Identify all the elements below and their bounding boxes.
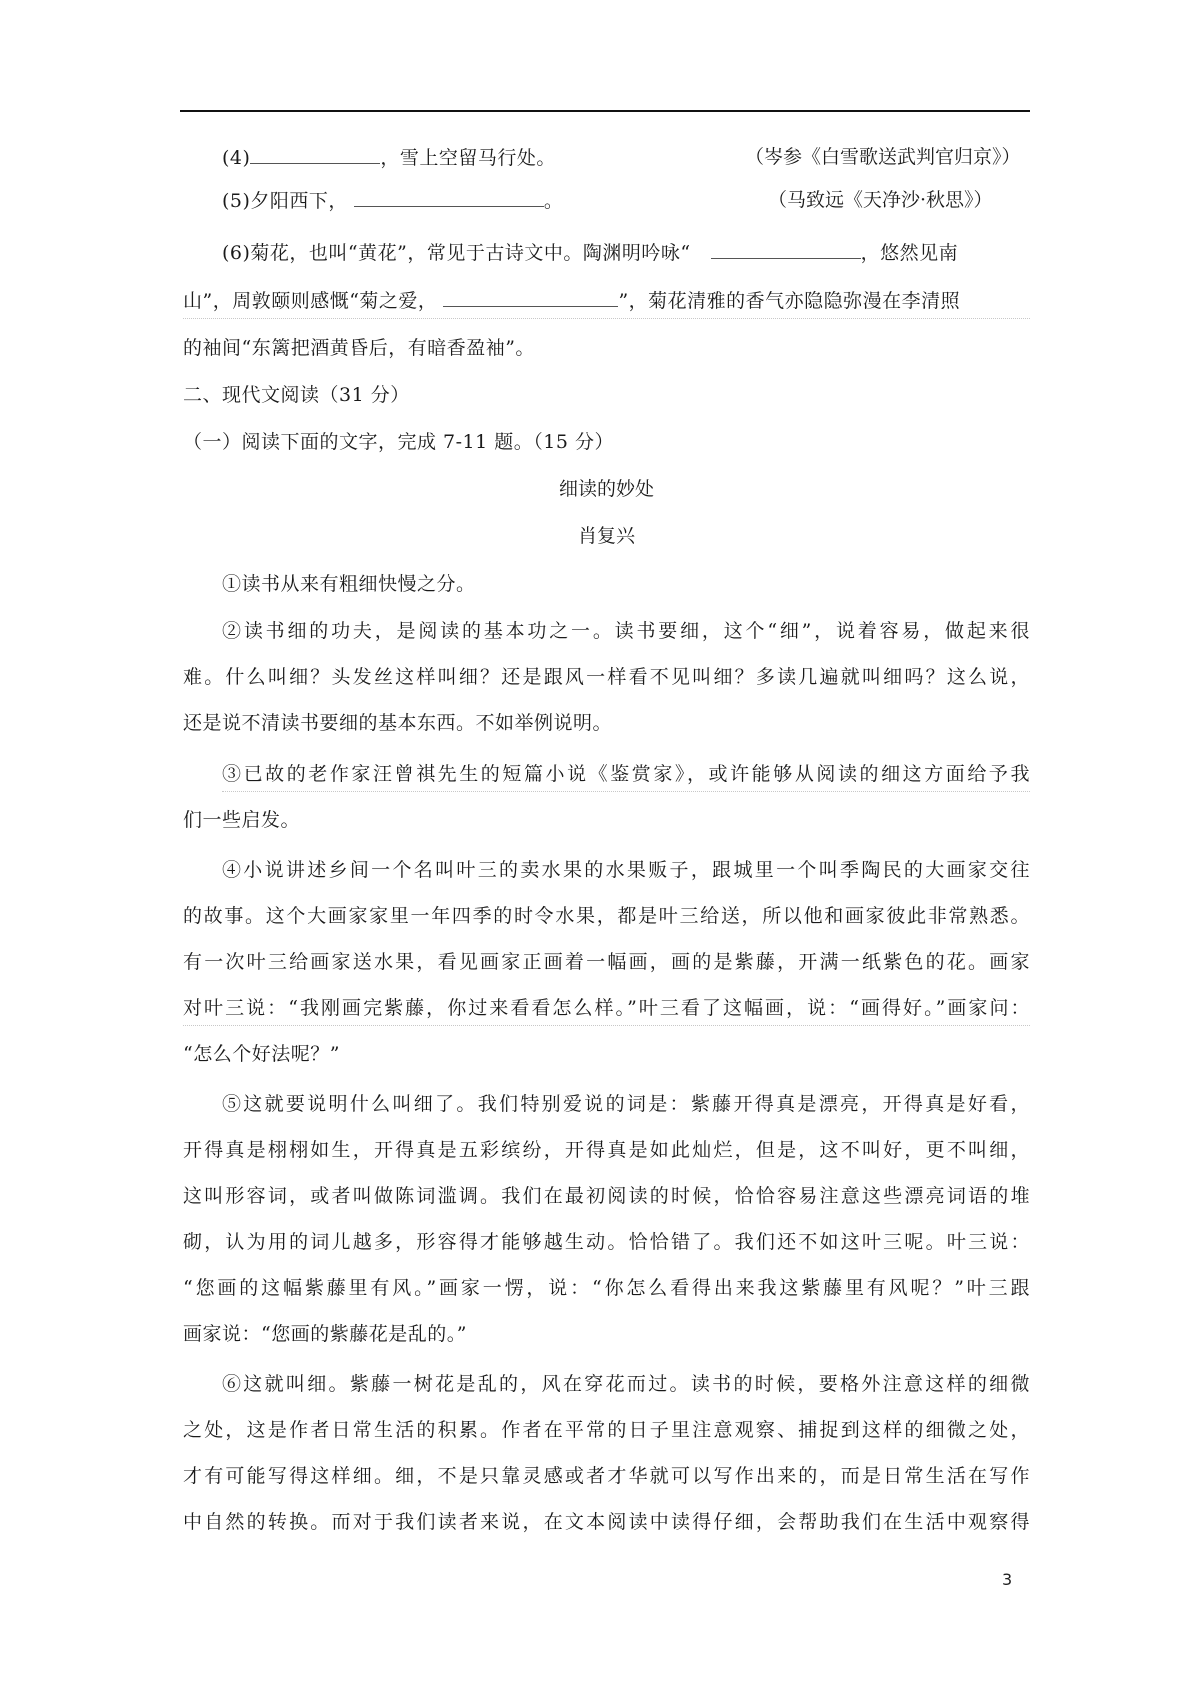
paragraph-2-line: 还是说不清读书要细的基本东西。不如举例说明。 — [183, 709, 1030, 737]
section-heading: 二、现代文阅读（31 分） — [183, 381, 1030, 409]
answer-blank-5[interactable] — [354, 186, 544, 207]
question-6-text: (6)菊花，也叫“黄花”，常见于古诗文中。陶渊明吟咏“ — [222, 242, 691, 264]
paragraph-5-line: 砌，认为用的词儿越多，形容得才能够越生动。恰恰错了。我们还不如这叶三呢。叶三说： — [183, 1228, 1030, 1256]
page-number: 3 — [1002, 1570, 1012, 1589]
paragraph-5-line: “您画的这幅紫藤里有风。”画家一愣，说：“你怎么看得出来我这紫藤里有风呢？”叶三… — [183, 1274, 1030, 1302]
question-6-text: ，悠然见南 — [861, 242, 959, 264]
question-6-line-3: 的袖间“东篱把酒黄昏后，有暗香盈袖”。 — [183, 334, 1030, 362]
paragraph-6-line: 中自然的转换。而对于我们读者来说，在文本阅读中读得仔细，会帮助我们在生活中观察得 — [183, 1508, 1030, 1536]
question-4-prefix: (4) — [222, 147, 250, 169]
paragraph-1-line: ①读书从来有粗细快慢之分。 — [222, 570, 1030, 598]
question-5-source: （马致远《天净沙·秋思》） — [768, 186, 993, 214]
question-4-source: （岑参《白雪歌送武判官归京》） — [745, 143, 1021, 171]
paragraph-6-line: ⑥这就叫细。紫藤一树花是乱的，风在穿花而过。读书的时候，要格外注意这样的细微 — [222, 1370, 1030, 1398]
question-6-text: 山”，周敦颐则感慨“菊之爱， — [183, 290, 437, 312]
answer-blank-6a[interactable] — [711, 238, 861, 259]
paragraph-4-line: 对叶三说：“我刚画完紫藤，你过来看看怎么样。”叶三看了这幅画，说：“画得好。”画… — [183, 994, 1030, 1022]
paragraph-3-line: ③已故的老作家汪曾祺先生的短篇小说《鉴赏家》，或许能够从阅读的细这方面给予我 — [222, 760, 1030, 788]
question-6-line-2: 山”，周敦颐则感慨“菊之爱，”，菊花清雅的香气亦隐隐弥漫在李清照 — [183, 286, 1030, 315]
paragraph-4-line: “怎么个好法呢？” — [183, 1040, 1030, 1068]
answer-blank-6b[interactable] — [443, 286, 618, 307]
paragraph-5-line: 画家说：“您画的紫藤花是乱的。” — [183, 1320, 1030, 1348]
paragraph-6-line: 之处，这是作者日常生活的积累。作者在平常的日子里注意观察、捕捉到这样的细微之处， — [183, 1416, 1030, 1444]
paragraph-3-line: 们一些启发。 — [183, 806, 1030, 834]
paragraph-6-line: 才有可能写得这样细。细，不是只靠灵感或者才华就可以写作出来的，而是日常生活在写作 — [183, 1462, 1030, 1490]
paragraph-4-line: 有一次叶三给画家送水果，看见画家正画着一幅画，画的是紫藤，开满一纸紫色的花。画家 — [183, 948, 1030, 976]
sub-section-heading: （一）阅读下面的文字，完成 7-11 题。（15 分） — [183, 428, 1030, 456]
question-4-suffix: ，雪上空留马行处。 — [380, 147, 556, 169]
paragraph-4-line: 的故事。这个大画家家里一年四季的时令水果，都是叶三给送，所以他和画家彼此非常熟悉… — [183, 902, 1030, 930]
article-title: 细读的妙处 — [183, 475, 1030, 503]
question-6-line-1: (6)菊花，也叫“黄花”，常见于古诗文中。陶渊明吟咏“，悠然见南 — [222, 238, 1030, 267]
paragraph-2-line: ②读书细的功夫，是阅读的基本功之一。读书要细，这个“细”，说着容易，做起来很 — [222, 617, 1030, 645]
paragraph-5-line: 开得真是栩栩如生，开得真是五彩缤纷，开得真是如此灿烂，但是，这不叫好，更不叫细， — [183, 1136, 1030, 1164]
article-author: 肖复兴 — [183, 522, 1030, 550]
header-rule — [180, 110, 1030, 112]
paragraph-2-line: 难。什么叫细？头发丝这样叫细？还是跟风一样看不见叫细？多读几遍就叫细吗？这么说， — [183, 663, 1030, 691]
answer-blank-4[interactable] — [250, 143, 380, 164]
document-page: (4)，雪上空留马行处。 （岑参《白雪歌送武判官归京》） (5)夕阳西下，。 （… — [0, 0, 1200, 1698]
paragraph-5-line: 这叫形容词，或者叫做陈词滥调。我们在最初阅读的时候，恰恰容易注意这些漂亮词语的堆 — [183, 1182, 1030, 1210]
question-6-text: ”，菊花清雅的香气亦隐隐弥漫在李清照 — [618, 290, 960, 312]
paragraph-5-line: ⑤这就要说明什么叫细了。我们特别爱说的词是：紫藤开得真是漂亮，开得真是好看， — [222, 1090, 1030, 1118]
question-5-suffix: 。 — [544, 190, 564, 212]
question-5-prefix: (5)夕阳西下， — [222, 190, 348, 212]
paragraph-4-line: ④小说讲述乡间一个名叫叶三的卖水果的水果贩子，跟城里一个叫季陶民的大画家交往 — [222, 856, 1030, 884]
